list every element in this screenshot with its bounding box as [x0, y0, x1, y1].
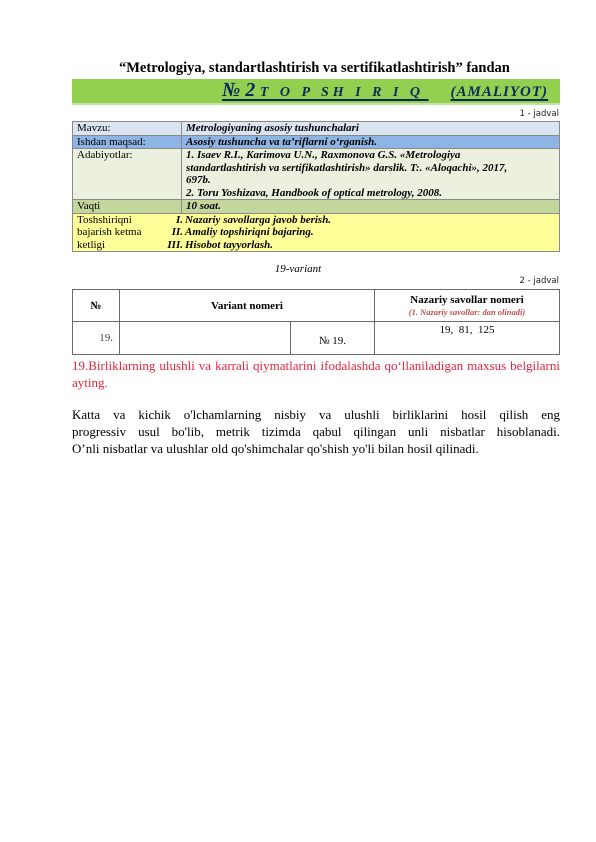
- variant-table-header: № Variant nomeri Nazariy savollar nomeri…: [73, 290, 560, 322]
- row-steps: Toshshiriqni bajarish ketma ketligi I. N…: [73, 213, 560, 252]
- cell-questions: 19, 81, 125: [375, 322, 560, 355]
- literature-line: 1. Isaev R.I., Karimova U.N., Raxmonova …: [186, 149, 555, 162]
- steps-label-line: Toshshiriqni: [77, 214, 161, 227]
- topic-value: Metrologiyaning asosiy tushunchalari: [182, 122, 560, 136]
- question-text: 19.Birliklarning ulushli va karrali qiym…: [72, 357, 560, 391]
- row-time: Vaqti 10 soat.: [73, 200, 560, 214]
- header-questions-note: (1. Nazariy savollar: dan olinadi): [376, 307, 558, 317]
- literature-value: 1. Isaev R.I., Karimova U.N., Raxmonova …: [182, 149, 560, 200]
- cell-variant: № 19.: [291, 322, 375, 355]
- row-goal: Ishdan maqsad: Asosiy tushuncha va ta’ri…: [73, 135, 560, 149]
- goal-label: Ishdan maqsad:: [73, 135, 182, 149]
- banner-title: № 2 T O P SH I R I Q (AMALIYOT): [222, 79, 548, 102]
- variant-caption: 19-variant: [0, 263, 596, 275]
- assignment-info-table: Mavzu: Metrologiyaning asosiy tushunchal…: [72, 121, 560, 252]
- goal-value: Asosiy tushuncha va ta’riflarni o‘rganis…: [182, 135, 560, 149]
- banner-word: T O P SH I R I Q: [260, 85, 424, 100]
- variant-table-row: 19. № 19. 19, 81, 125: [73, 322, 560, 355]
- subject-title: “Metrologiya, standartlashtirish va sert…: [119, 60, 510, 77]
- steps-list: I. Nazariy savollarga javob berish. II. …: [161, 214, 555, 252]
- row-topic: Mavzu: Metrologiyaning asosiy tushunchal…: [73, 122, 560, 136]
- row-literature: Adabiyotlar: 1. Isaev R.I., Karimova U.N…: [73, 149, 560, 200]
- steps-label: Toshshiriqni bajarish ketma ketligi: [77, 214, 161, 252]
- answer-line: Katta va kichik o'lchamlarning nisbiy va…: [72, 406, 560, 423]
- answer-text: Katta va kichik o'lchamlarning nisbiy va…: [72, 406, 560, 457]
- cell-variant-blank: [120, 322, 291, 355]
- step-text: Nazariy savollarga javob berish.: [185, 214, 555, 227]
- literature-line: 2. Toru Yoshizava, Handbook of optical m…: [186, 187, 555, 200]
- step-text: Amaliy topshiriqni bajaring.: [185, 226, 555, 239]
- step-number: II.: [161, 226, 185, 239]
- cell-num: 19.: [73, 322, 120, 355]
- topic-label: Mavzu:: [73, 122, 182, 136]
- header-num: №: [73, 290, 120, 322]
- banner-number: № 2: [222, 79, 255, 101]
- assignment-banner: № 2 T O P SH I R I Q (AMALIYOT): [72, 79, 560, 105]
- steps-label-line: bajarish ketma: [77, 226, 161, 239]
- step-number: I.: [161, 214, 185, 227]
- literature-line: 697b.: [186, 174, 555, 187]
- table1-caption: 1 - jadval: [520, 109, 559, 119]
- literature-label: Adabiyotlar:: [73, 149, 182, 200]
- header-questions: Nazariy savollar nomeri (1. Nazariy savo…: [375, 290, 560, 322]
- time-value: 10 soat.: [182, 200, 560, 214]
- time-label: Vaqti: [73, 200, 182, 214]
- table2-caption: 2 - jadval: [520, 276, 559, 286]
- answer-line: O’nli nisbatlar va ulushlar old qo'shimc…: [72, 440, 560, 457]
- step-number: III.: [161, 239, 185, 252]
- steps-label-line: ketligi: [77, 239, 161, 252]
- step-text: Hisobot tayyorlash.: [185, 239, 555, 252]
- steps-cell: Toshshiriqni bajarish ketma ketligi I. N…: [73, 213, 560, 252]
- banner-type: (AMALIYOT): [451, 84, 549, 100]
- header-variant: Variant nomeri: [120, 290, 375, 322]
- answer-line: progressiv usul bo'lib, metrik tizimda q…: [72, 423, 560, 440]
- header-questions-label: Nazariy savollar nomeri: [410, 294, 523, 306]
- literature-line: standartlashtirish va sertifikatlashtiri…: [186, 162, 555, 175]
- variant-table: № Variant nomeri Nazariy savollar nomeri…: [72, 289, 560, 355]
